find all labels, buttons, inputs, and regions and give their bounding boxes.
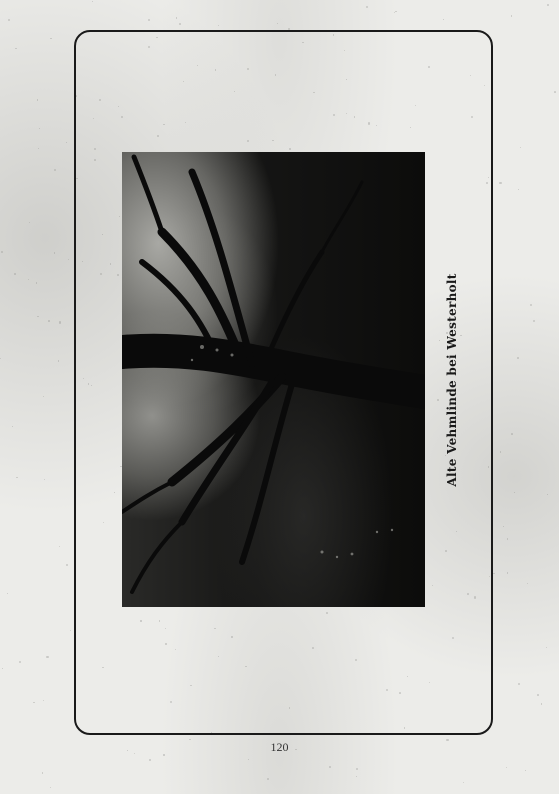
paper-speckle xyxy=(329,766,331,768)
paper-speckle xyxy=(48,320,50,322)
paper-speckle xyxy=(59,321,61,323)
paper-speckle xyxy=(547,4,549,6)
page-number: 120 xyxy=(0,740,559,755)
paper-speckle xyxy=(50,38,51,39)
paper-speckle xyxy=(503,526,504,527)
paper-speckle xyxy=(54,169,56,171)
tree-photograph xyxy=(122,152,425,607)
paper-speckle xyxy=(277,23,278,24)
paper-speckle xyxy=(46,656,48,658)
paper-speckle xyxy=(36,282,37,283)
paper-speckle xyxy=(2,668,3,669)
paper-speckle xyxy=(8,19,10,21)
paper-speckle xyxy=(59,546,60,547)
paper-speckle xyxy=(248,759,249,760)
paper-speckle xyxy=(16,477,17,478)
paper-speckle xyxy=(366,6,368,8)
photo-caption: Alte Vehmlinde bei Westerholt xyxy=(445,273,459,486)
paper-speckle xyxy=(14,273,16,275)
paper-speckle xyxy=(179,23,181,25)
paper-speckle xyxy=(507,538,508,539)
paper-speckle xyxy=(511,15,513,17)
paper-speckle xyxy=(554,91,556,93)
paper-speckle xyxy=(92,1,93,2)
paper-speckle xyxy=(500,451,501,452)
paper-speckle xyxy=(0,358,1,359)
paper-speckle xyxy=(537,694,539,696)
paper-speckle xyxy=(66,142,67,143)
paper-speckle xyxy=(530,304,532,306)
paper-speckle xyxy=(547,494,548,495)
paper-speckle xyxy=(541,703,542,704)
paper-speckle xyxy=(7,593,8,594)
paper-speckle xyxy=(38,148,39,149)
paper-speckle xyxy=(525,770,526,771)
paper-speckle xyxy=(499,182,501,184)
paper-speckle xyxy=(1,251,3,253)
paper-speckle xyxy=(66,564,68,566)
tree-branches-graphic xyxy=(122,152,425,607)
paper-speckle xyxy=(443,19,444,20)
paper-speckle xyxy=(356,776,357,777)
paper-speckle xyxy=(517,357,519,359)
